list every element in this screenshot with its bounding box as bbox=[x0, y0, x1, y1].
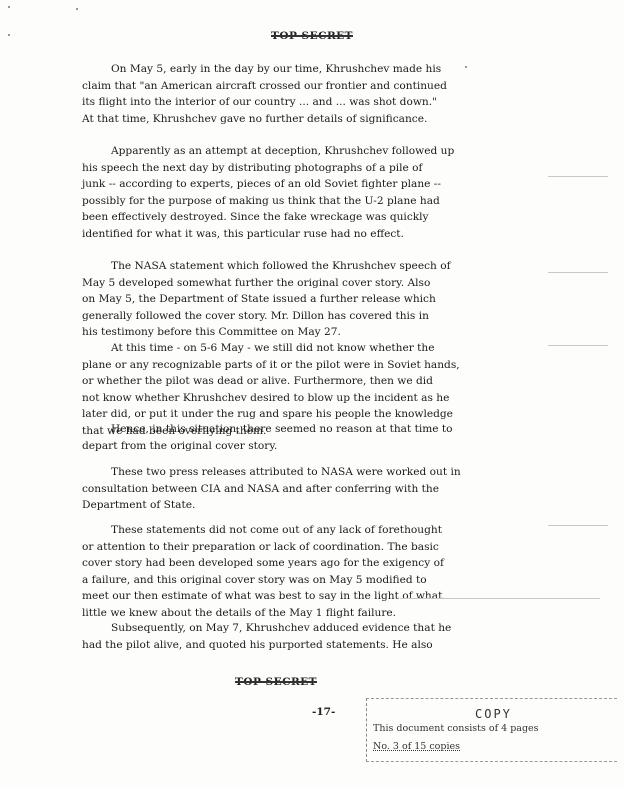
text-line: on May 5, the Department of State issued… bbox=[82, 291, 532, 308]
scan-artifact-line bbox=[548, 272, 608, 273]
scan-speck bbox=[76, 8, 78, 10]
text-line: Subsequently, on May 7, Khrushchev adduc… bbox=[82, 620, 532, 637]
text-line: Department of State. bbox=[82, 497, 532, 514]
text-line: claim that "an American aircraft crossed… bbox=[82, 78, 532, 95]
text-line: not know whether Khrushchev desired to b… bbox=[82, 390, 532, 407]
text-line: plane or any recognizable parts of it or… bbox=[82, 357, 532, 374]
text-line: a failure, and this original cover story… bbox=[82, 572, 532, 589]
classification-footer: TOP SECRET bbox=[0, 676, 588, 688]
text-line: or whether the pilot was dead or alive. … bbox=[82, 373, 532, 390]
scan-artifact-line bbox=[548, 345, 608, 346]
text-line: its flight into the interior of our coun… bbox=[82, 94, 532, 111]
copy-stamp-title: COPY bbox=[475, 707, 512, 721]
paragraph: These two press releases attributed to N… bbox=[82, 464, 532, 514]
classification-top-label: TOP SECRET bbox=[271, 30, 353, 42]
paragraph: Subsequently, on May 7, Khrushchev adduc… bbox=[82, 620, 532, 653]
page-number: -17- bbox=[312, 706, 335, 718]
text-line: identified for what it was, this particu… bbox=[82, 226, 532, 243]
text-line: had the pilot alive, and quoted his purp… bbox=[82, 637, 532, 654]
copy-stamp-line2: No. 3 of 15 copies bbox=[373, 741, 460, 752]
paragraph: The NASA statement which followed the Kh… bbox=[82, 258, 532, 341]
text-line: his testimony before this Committee on M… bbox=[82, 324, 532, 341]
paragraph: These statements did not come out of any… bbox=[82, 522, 532, 622]
text-line: These two press releases attributed to N… bbox=[82, 464, 532, 481]
scan-speck bbox=[8, 6, 10, 8]
text-line: depart from the original cover story. bbox=[82, 438, 532, 455]
text-line: The NASA statement which followed the Kh… bbox=[82, 258, 532, 275]
paragraph: On May 5, early in the day by our time, … bbox=[82, 61, 532, 127]
text-line: At this time - on 5-6 May - we still did… bbox=[82, 340, 532, 357]
scan-artifact-line bbox=[548, 525, 608, 526]
text-line: junk -- according to experts, pieces of … bbox=[82, 176, 532, 193]
paragraph: Apparently as an attempt at deception, K… bbox=[82, 143, 532, 243]
copy-stamp: COPY This document consists of 4 pages N… bbox=[366, 698, 617, 762]
text-line: generally followed the cover story. Mr. … bbox=[82, 308, 532, 325]
scan-artifact-line bbox=[548, 176, 608, 177]
classification-bottom-label: TOP SECRET bbox=[235, 676, 317, 688]
scan-artifact-line bbox=[400, 598, 600, 599]
text-line: been effectively destroyed. Since the fa… bbox=[82, 209, 532, 226]
text-line: or attention to their preparation or lac… bbox=[82, 539, 532, 556]
text-line: cover story had been developed some year… bbox=[82, 555, 532, 572]
text-line: May 5 developed somewhat further the ori… bbox=[82, 275, 532, 292]
text-line: Hence, in this situation, there seemed n… bbox=[82, 421, 532, 438]
text-line: meet our then estimate of what was best … bbox=[82, 588, 532, 605]
text-line: his speech the next day by distributing … bbox=[82, 160, 532, 177]
text-line: These statements did not come out of any… bbox=[82, 522, 532, 539]
scan-speck bbox=[465, 66, 467, 68]
text-line: At that time, Khrushchev gave no further… bbox=[82, 111, 532, 128]
scan-speck bbox=[8, 34, 10, 36]
text-line: Apparently as an attempt at deception, K… bbox=[82, 143, 532, 160]
paragraph: Hence, in this situation, there seemed n… bbox=[82, 421, 532, 454]
text-line: On May 5, early in the day by our time, … bbox=[82, 61, 532, 78]
document-page: TOP SECRET On May 5, early in the day by… bbox=[0, 0, 624, 788]
copy-stamp-line1: This document consists of 4 pages bbox=[373, 723, 539, 734]
text-line: consultation between CIA and NASA and af… bbox=[82, 481, 532, 498]
text-line: possibly for the purpose of making us th… bbox=[82, 193, 532, 210]
classification-header: TOP SECRET bbox=[0, 30, 624, 42]
